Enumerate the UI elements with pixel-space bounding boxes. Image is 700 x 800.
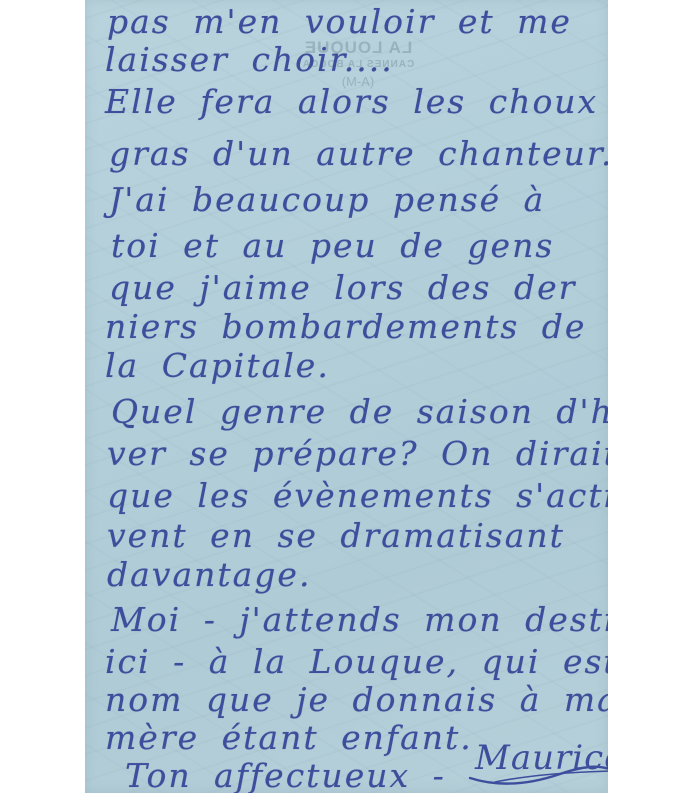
letter-line: pas m'en vouloir et me (107, 2, 572, 41)
letter-line: toi et au peu de gens (111, 226, 554, 265)
letter-line: niers bombardements de (105, 307, 586, 346)
letter-line: ici - à la Louque, qui est le (105, 642, 608, 681)
letter-line: Moi - j'attends mon destin (111, 600, 608, 639)
letter-line: J'ai beaucoup pensé à (109, 180, 545, 219)
letter-page: LA LOUQUE CANNES LA BOCCA (A-M) pas m'en… (85, 0, 608, 793)
letter-body: pas m'en vouloir et me laisser choir....… (85, 0, 608, 793)
letter-line: Ton affectueux - (125, 756, 446, 793)
signature: Maurice (475, 738, 608, 788)
letter-line: laisser choir.... (105, 40, 394, 79)
letter-line: ver se prépare? On dirait (107, 434, 608, 473)
signature-flourish-icon (465, 756, 608, 786)
letter-line: davantage. (107, 555, 311, 594)
letter-line: vent en se dramatisant (107, 516, 565, 555)
letter-line: nom que je donnais à ma (105, 680, 608, 719)
letter-line: que j'aime lors des der (109, 268, 576, 307)
letter-line: mère étant enfant. (105, 718, 473, 757)
letter-line: Quel genre de saison d'hi (111, 392, 608, 431)
letter-line: la Capitale. (105, 346, 330, 385)
letter-line: que les évènements s'acti (107, 476, 608, 515)
letter-line: Elle fera alors les choux (105, 82, 598, 121)
letter-line: gras d'un autre chanteur. (109, 134, 608, 173)
